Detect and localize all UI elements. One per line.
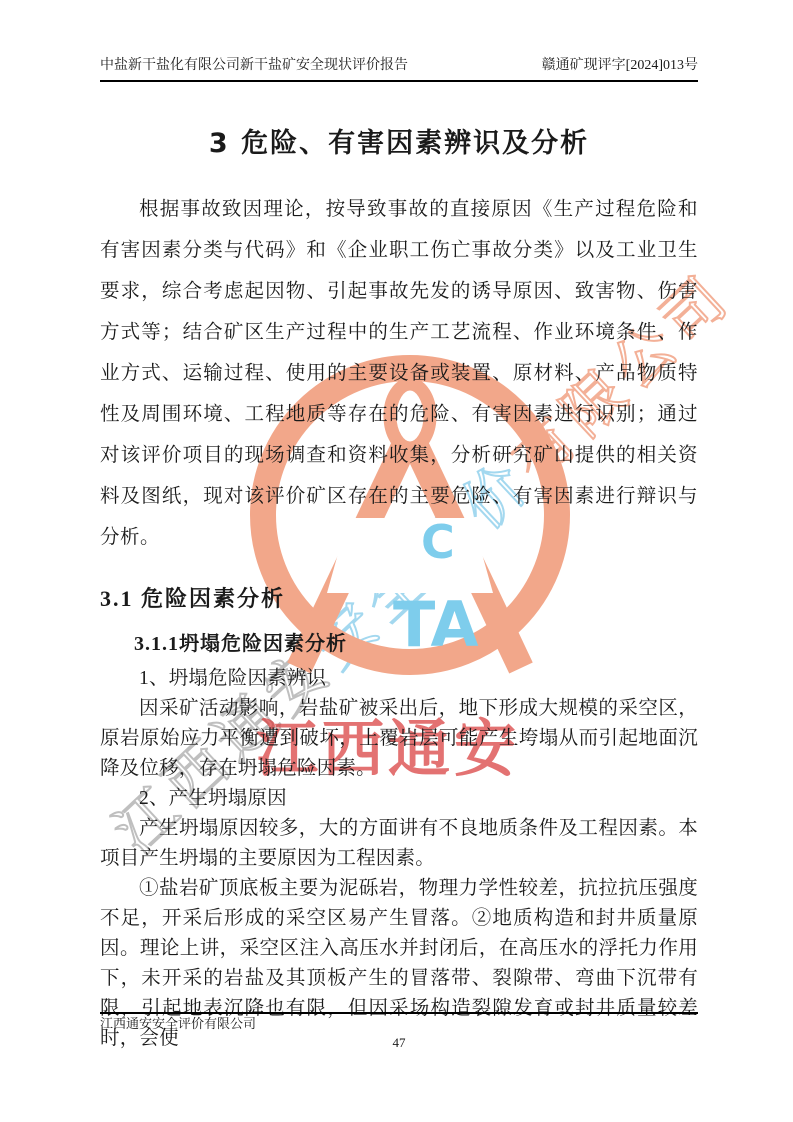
subsection-title: 3.1.1坍塌危险因素分析 xyxy=(100,630,698,658)
item1-body: 因采矿活动影响，岩盐矿被采出后，地下形成大规模的采空区，原岩原始应力平衡遭到破坏… xyxy=(100,694,698,784)
item2-body: 产生坍塌原因较多，大的方面讲有不良地质条件及工程因素。本项目产生坍塌的主要原因为… xyxy=(100,814,698,874)
chapter-title: 3 危险、有害因素辨识及分析 xyxy=(100,126,698,162)
page-footer: 江西通安安全评价有限公司 47 xyxy=(100,1012,698,1051)
header-doc-number: 赣通矿现评字[2024]013号 xyxy=(542,57,698,75)
page-number: 47 xyxy=(100,1035,698,1051)
section-title: 3.1 危险因素分析 xyxy=(100,584,698,614)
page-header: 中盐新干盐化有限公司新干盐矿安全现状评价报告 赣通矿现评字[2024]013号 xyxy=(100,0,698,82)
intro-paragraph: 根据事故致因理论，按导致事故的直接原因《生产过程危险和有害因素分类与代码》和《企… xyxy=(100,189,698,558)
item1-label: 1、坍塌危险因素辨识 xyxy=(100,664,698,694)
header-report-title: 中盐新干盐化有限公司新干盐矿安全现状评价报告 xyxy=(100,57,408,75)
document-body: 3 危险、有害因素辨识及分析 根据事故致因理论，按导致事故的直接原因《生产过程危… xyxy=(100,126,698,1054)
document-page: 江西通安安全评价有限公司 C TA 江西通安 中盐新干盐化有限公司新干盐矿安全现… xyxy=(0,0,793,1122)
footer-company: 江西通安安全评价有限公司 xyxy=(100,1014,698,1032)
page-content: 中盐新干盐化有限公司新干盐矿安全现状评价报告 赣通矿现评字[2024]013号 … xyxy=(0,0,793,1122)
item2-label: 2、产生坍塌原因 xyxy=(100,784,698,814)
